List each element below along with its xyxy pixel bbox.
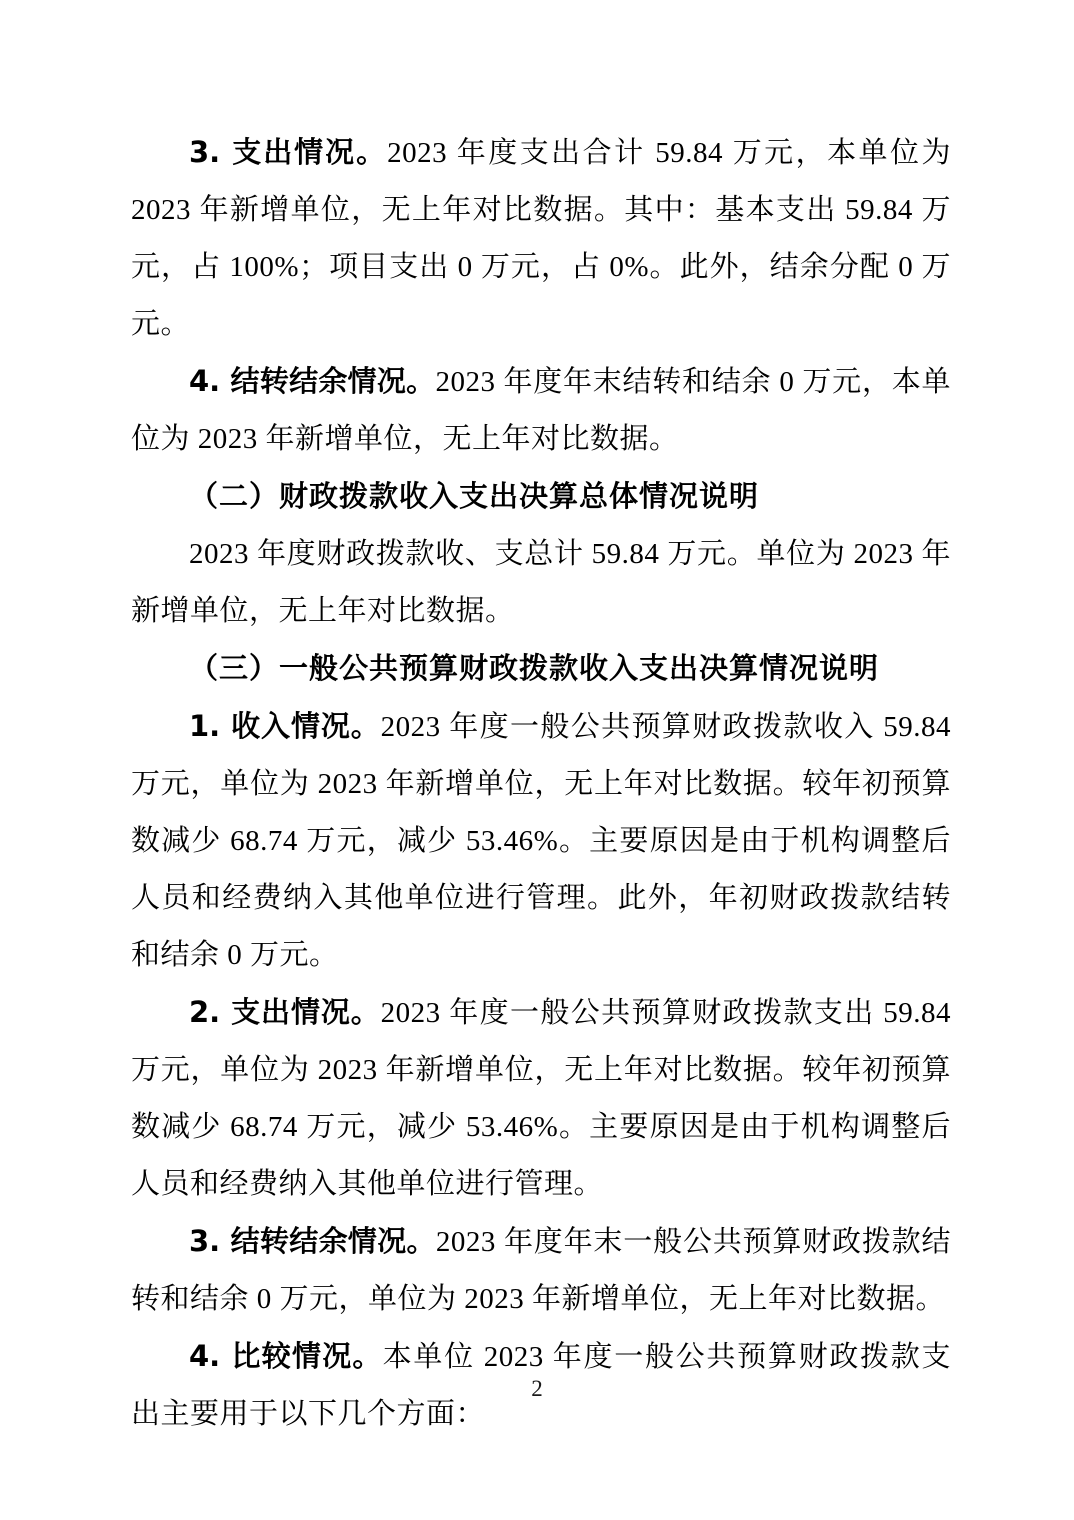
para-income-detail-text: 2023 年度一般公共预算财政拨款收入 59.84 万元，单位为 2023 年新…: [131, 711, 951, 971]
para-comparison-lead: 4. 比较情况。: [189, 1339, 383, 1373]
para-carryover-detail-lead: 3. 结转结余情况。: [189, 1224, 436, 1258]
heading-section-2: （二）财政拨款收入支出决算总体情况说明: [131, 468, 951, 526]
heading-section-3: （三）一般公共预算财政拨款收入支出决算情况说明: [131, 640, 951, 698]
heading-section-2-text: （二）财政拨款收入支出决算总体情况说明: [189, 479, 759, 513]
para-carryover-overall-lead: 4. 结转结余情况。: [189, 364, 435, 398]
para-fiscal-total-text: 2023 年度财政拨款收、支总计 59.84 万元。单位为 2023 年新增单位…: [131, 538, 951, 627]
para-expenditure-detail: 2. 支出情况。2023 年度一般公共预算财政拨款支出 59.84 万元，单位为…: [131, 984, 951, 1213]
para-fiscal-total: 2023 年度财政拨款收、支总计 59.84 万元。单位为 2023 年新增单位…: [131, 526, 951, 640]
heading-section-3-text: （三）一般公共预算财政拨款收入支出决算情况说明: [189, 651, 879, 685]
para-expenditure-overall: 3. 支出情况。2023 年度支出合计 59.84 万元，本单位为 2023 年…: [131, 124, 951, 353]
document-page: 3. 支出情况。2023 年度支出合计 59.84 万元，本单位为 2023 年…: [0, 0, 1074, 1520]
para-expenditure-overall-lead: 3. 支出情况。: [189, 135, 387, 169]
para-expenditure-detail-lead: 2. 支出情况。: [189, 995, 381, 1029]
para-carryover-overall: 4. 结转结余情况。2023 年度年末结转和结余 0 万元，本单位为 2023 …: [131, 353, 951, 468]
para-carryover-detail: 3. 结转结余情况。2023 年度年末一般公共预算财政拨款结转和结余 0 万元，…: [131, 1213, 951, 1328]
para-income-detail-lead: 1. 收入情况。: [189, 709, 381, 743]
page-number: 2: [0, 1374, 1074, 1404]
para-income-detail: 1. 收入情况。2023 年度一般公共预算财政拨款收入 59.84 万元，单位为…: [131, 698, 951, 984]
document-content: 3. 支出情况。2023 年度支出合计 59.84 万元，本单位为 2023 年…: [131, 124, 951, 1443]
